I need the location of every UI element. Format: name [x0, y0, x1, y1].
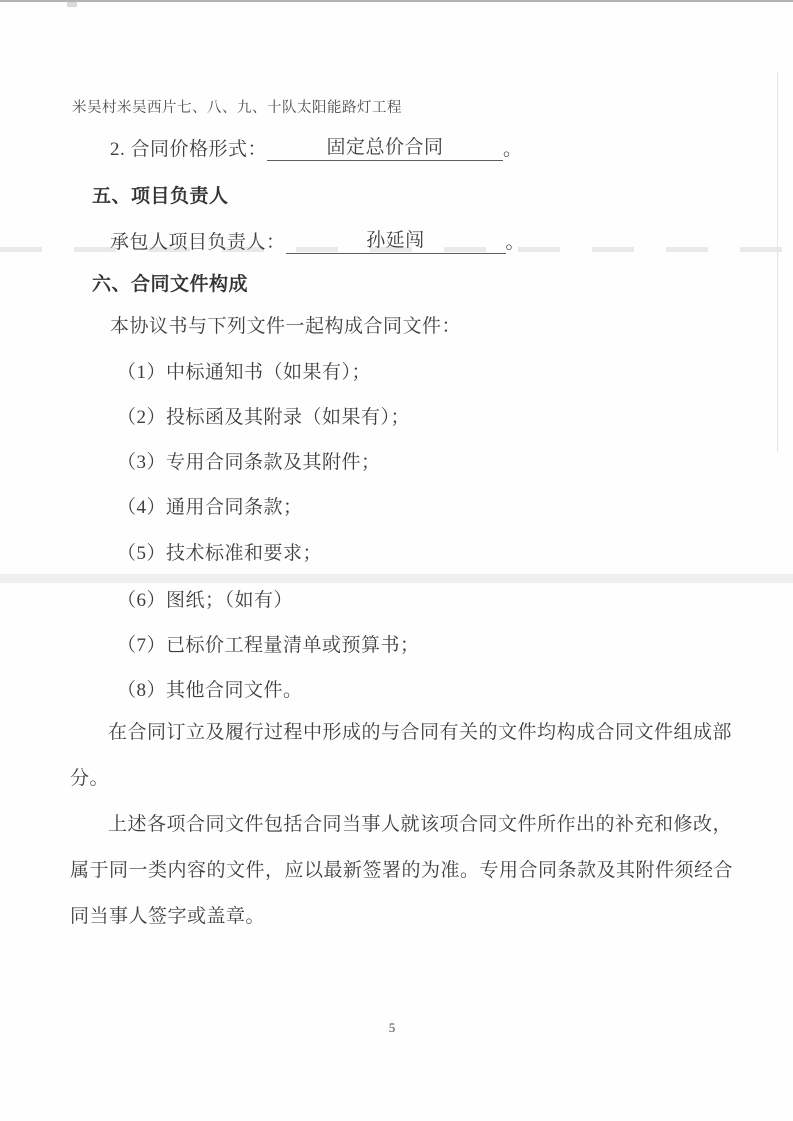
- list-item: （6）图纸；（如有）: [117, 585, 293, 612]
- scan-artifact-page-edge: [777, 72, 778, 452]
- paragraph-line: 上述各项合同文件包括合同当事人就该项合同文件所作出的补充和修改，: [70, 802, 734, 848]
- contract-price-form-value: 固定总价合同: [267, 136, 503, 161]
- project-manager-value: 孙延闯: [286, 229, 506, 254]
- list-item: （2）投标函及其附录（如果有）；: [117, 402, 410, 429]
- paragraph-line: 属于同一类内容的文件，应以最新签署的为准。专用合同条款及其附件须经合: [70, 848, 734, 894]
- list-item: （4）通用合同条款；: [117, 492, 303, 519]
- list-item: （8）其他合同文件。: [117, 675, 303, 702]
- paragraph-supplements: 上述各项合同文件包括合同当事人就该项合同文件所作出的补充和修改， 属于同一类内容…: [70, 802, 734, 940]
- contract-price-form-line: 2. 合同价格形式：固定总价合同。: [110, 134, 523, 161]
- paragraph-contract-documents: 在合同订立及履行过程中形成的与合同有关的文件均构成合同文件组成部 分。: [70, 710, 734, 802]
- list-item: （1）中标通知书（如果有）；: [117, 357, 371, 384]
- list-item: （3）专用合同条款及其附件；: [117, 447, 381, 474]
- paragraph-line: 在合同订立及履行过程中形成的与合同有关的文件均构成合同文件组成部: [70, 710, 734, 756]
- project-manager-line: 承包人项目负责人：孙延闯。: [110, 227, 525, 254]
- section6-intro: 本协议书与下列文件一起构成合同文件：: [110, 311, 461, 338]
- price-line-period: 。: [503, 139, 523, 160]
- manager-line-period: 。: [506, 232, 526, 253]
- scan-artifact-top-line: [0, 0, 793, 2]
- section6-heading: 六、合同文件构成: [92, 269, 248, 296]
- page-number: 5: [0, 1020, 784, 1036]
- scanned-contract-page: 米吴村米吴西片七、八、九、十队太阳能路灯工程 2. 合同价格形式：固定总价合同。…: [0, 0, 793, 1121]
- paragraph-line: 同当事人签字或盖章。: [70, 894, 734, 940]
- scan-artifact-gray-band: [0, 574, 793, 584]
- paragraph-line: 分。: [70, 756, 734, 802]
- scan-artifact-mark: [67, 2, 77, 7]
- list-item: （7）已标价工程量清单或预算书；: [117, 630, 420, 657]
- contract-price-form-label: 2. 合同价格形式：: [110, 139, 267, 160]
- list-item: （5）技术标准和要求；: [117, 538, 322, 565]
- section5-heading: 五、项目负责人: [92, 181, 229, 208]
- project-manager-label: 承包人项目负责人：: [110, 232, 286, 253]
- project-name-header: 米吴村米吴西片七、八、九、十队太阳能路灯工程: [72, 96, 402, 117]
